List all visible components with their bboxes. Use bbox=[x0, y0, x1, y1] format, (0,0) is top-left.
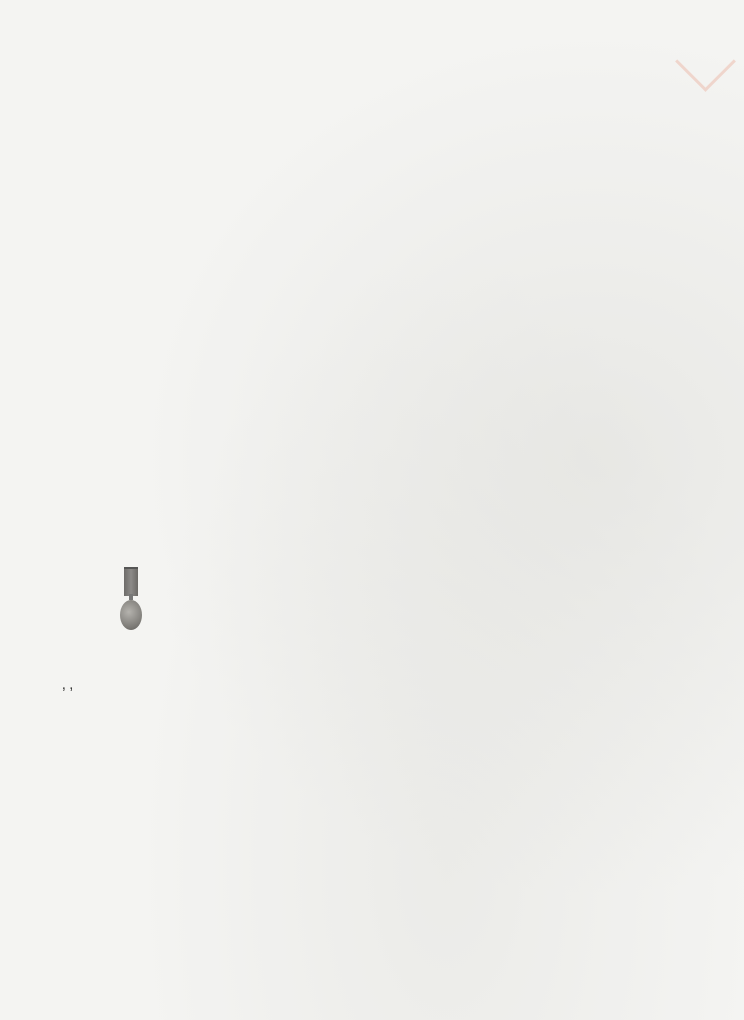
medal-icon bbox=[123, 567, 139, 633]
udk-line bbox=[62, 36, 91, 53]
bbk-line bbox=[62, 53, 91, 70]
imprint-authors-line1: , , bbox=[62, 676, 73, 694]
annotation bbox=[150, 385, 682, 387]
show-through-logo bbox=[675, 31, 736, 92]
book-imprint-page: , , bbox=[0, 0, 744, 1020]
